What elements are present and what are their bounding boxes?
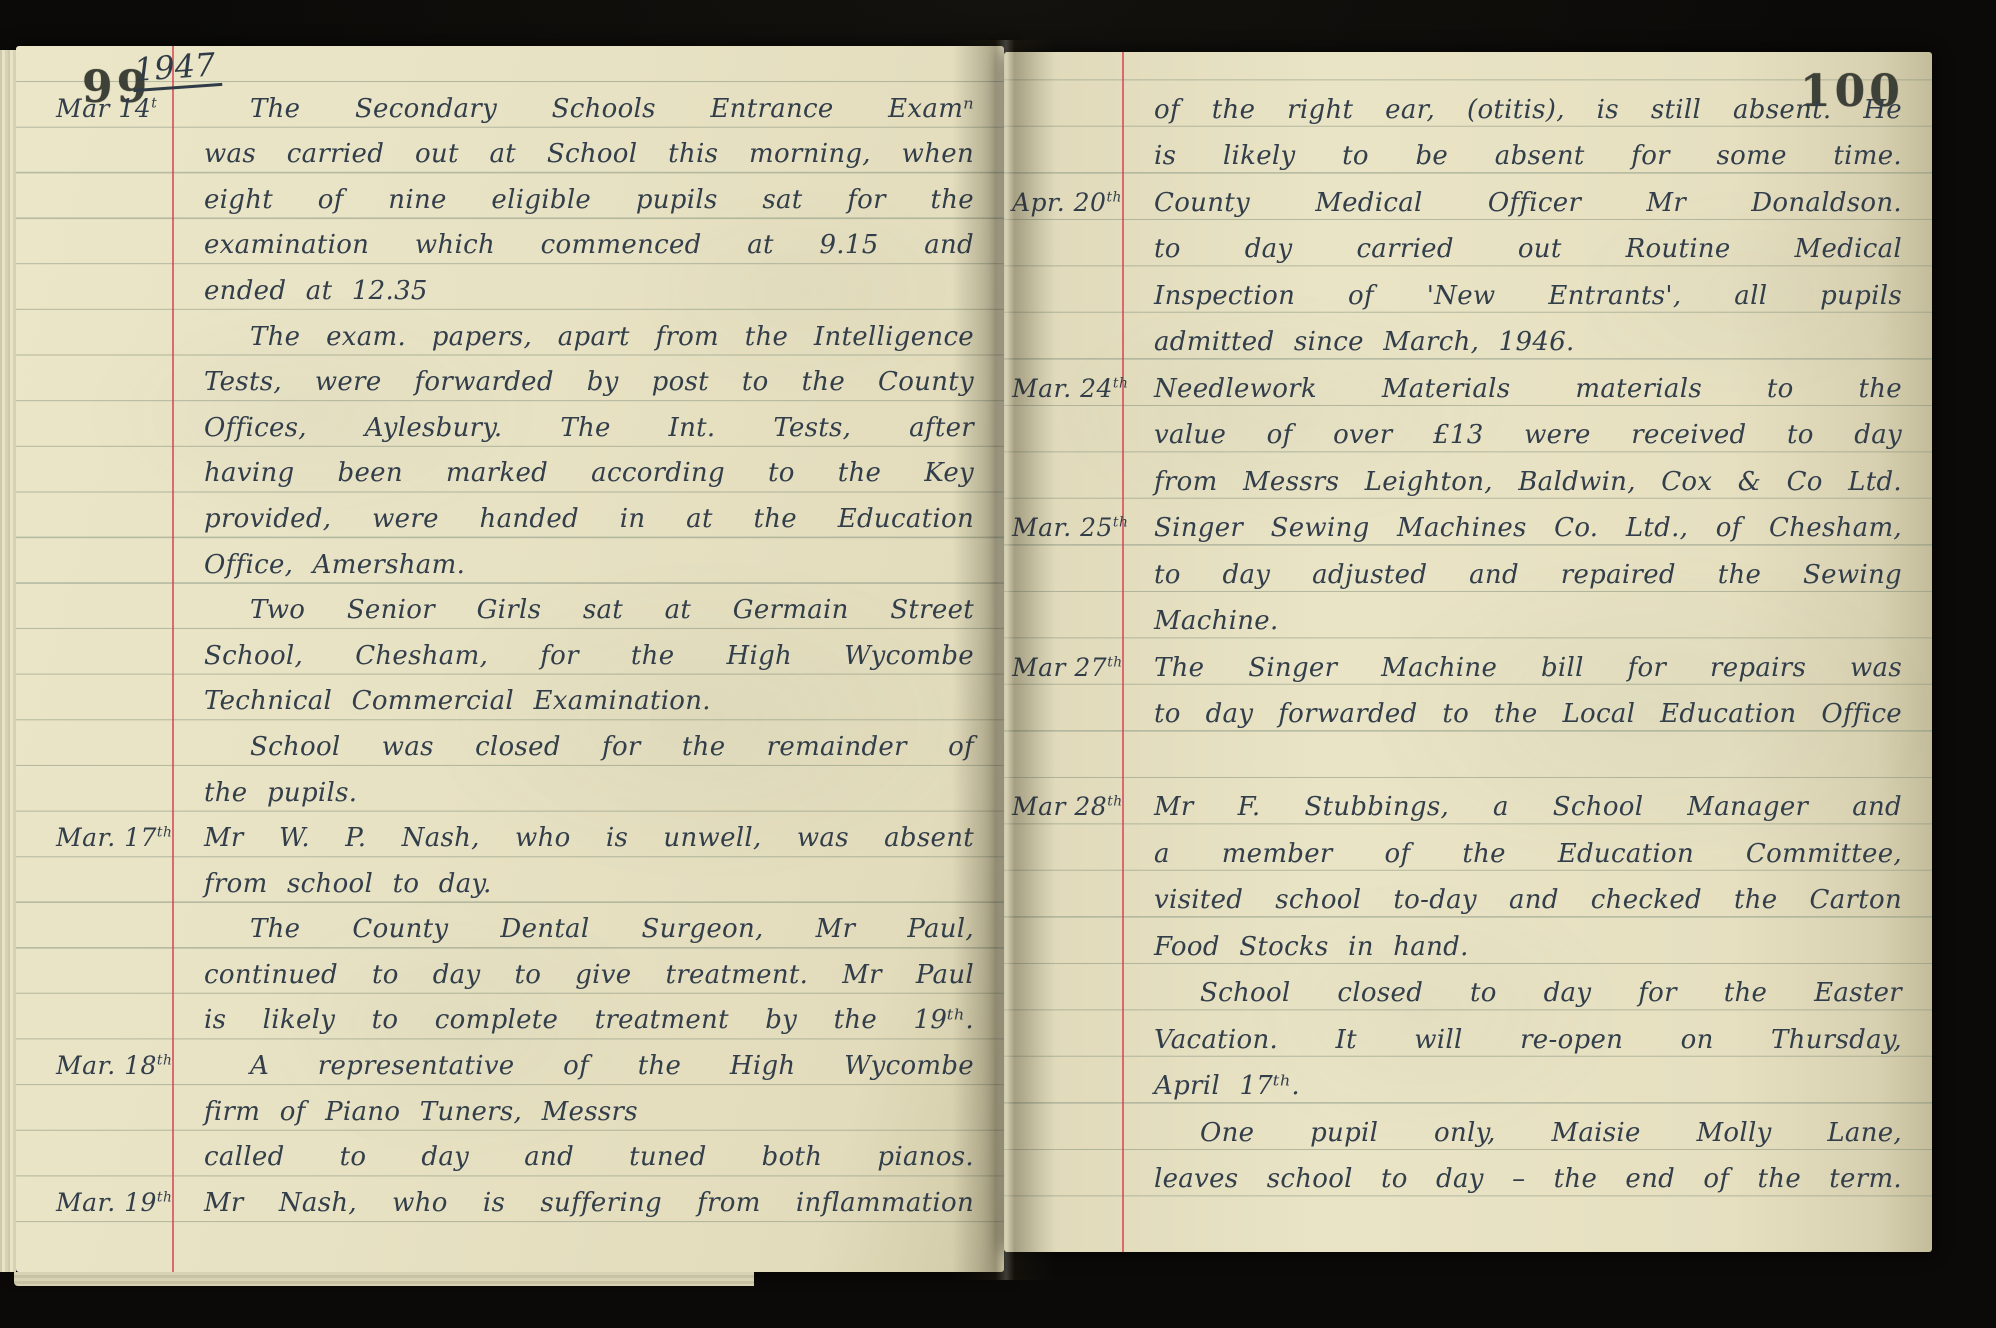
entry-text: Food Stocks in hand. [1154, 934, 1902, 966]
entry-date [1012, 773, 1122, 780]
log-line: School, Chesham, for the High Wycombe [56, 629, 974, 675]
entry-text: leaves school to day – the end of the te… [1154, 1166, 1902, 1198]
entry-text: Inspection of 'New Entrants', all pupils [1154, 283, 1902, 315]
log-line: examination which commenced at 9.15 and [56, 219, 974, 265]
log-line: firm of Piano Tuners, Messrs [56, 1085, 974, 1131]
entry-text: School, Chesham, for the High Wycombe [204, 643, 974, 675]
entry-date [1012, 168, 1122, 175]
entry-text: called to day and tuned both pianos. [204, 1144, 974, 1176]
log-entries-right: of the right ear, (otitis), is still abs… [1004, 82, 1932, 1198]
log-line: Technical Commercial Examination. [56, 675, 974, 721]
entry-text: The Secondary Schools Entrance Examⁿ [204, 96, 974, 128]
entry-text: Mr Nash, who is suffering from inflammat… [204, 1190, 974, 1222]
entry-date: Apr. 20th [1012, 190, 1122, 222]
entry-text: April 17ᵗʰ. [1154, 1073, 1902, 1105]
log-line: Mar. 19thMr Nash, who is suffering from … [56, 1176, 974, 1222]
log-line: the pupils. [56, 766, 974, 812]
entry-date [56, 577, 172, 584]
entry-date [1012, 261, 1122, 268]
log-line: a member of the Education Committee, [1012, 826, 1902, 873]
entry-date [56, 896, 172, 903]
entry-date: Mar. 25th [1012, 515, 1122, 547]
entry-date: Mar. 19th [56, 1190, 172, 1222]
logbook-page-right: 100 of the right ear, (otitis), is still… [1004, 52, 1932, 1252]
entry-date [56, 1124, 172, 1131]
entry-date: Mar. 17th [56, 825, 172, 857]
entry-date [56, 805, 172, 812]
entry-date [56, 713, 172, 720]
log-line: having been marked according to the Key [56, 447, 974, 493]
entry-text: School was closed for the remainder of [204, 734, 974, 766]
entry-date [1012, 122, 1122, 129]
log-line: called to day and tuned both pianos. [56, 1131, 974, 1177]
entry-text: ended at 12.35 [204, 278, 974, 310]
entry-date [1012, 494, 1122, 501]
entry-text: The County Dental Surgeon, Mr Paul, [204, 916, 974, 948]
entry-date [1012, 1145, 1122, 1152]
log-line: to day carried out Routine Medical [1012, 222, 1902, 269]
entry-date [1012, 959, 1122, 966]
log-line: Mar. 17thMr W. P. Nash, who is unwell, w… [56, 812, 974, 858]
log-line: Vacation. It will re-open on Thursday, [1012, 1012, 1902, 1059]
entry-text: having been marked according to the Key [204, 460, 974, 492]
entry-date [1012, 866, 1122, 873]
entry-text: County Medical Officer Mr Donaldson. [1154, 190, 1902, 222]
entry-text: The Singer Machine bill for repairs was [1154, 655, 1902, 687]
entry-text: The exam. papers, apart from the Intelli… [204, 324, 974, 356]
entry-date [56, 485, 172, 492]
entry-text: examination which commenced at 9.15 and [204, 232, 974, 264]
log-line: visited school to-day and checked the Ca… [1012, 873, 1902, 920]
entry-date: Mar 27th [1012, 655, 1122, 687]
entry-text: admitted since March, 1946. [1154, 329, 1902, 361]
log-line: The County Dental Surgeon, Mr Paul, [56, 903, 974, 949]
logbook-photo: 99 1947 Mar 14tThe Secondary Schools Ent… [0, 0, 1996, 1328]
entry-date [56, 303, 172, 310]
entry-text: Needlework Materials materials to the [1154, 376, 1902, 408]
entry-date [56, 394, 172, 401]
entry-date [56, 668, 172, 675]
entry-text: Two Senior Girls sat at Germain Street [204, 597, 974, 629]
entry-text: visited school to-day and checked the Ca… [1154, 887, 1902, 919]
entry-text: Offices, Aylesbury. The Int. Tests, afte… [204, 415, 974, 447]
log-line: of the right ear, (otitis), is still abs… [1012, 82, 1902, 129]
entry-date [1012, 1191, 1122, 1198]
log-line: Mar. 24thNeedlework Materials materials … [1012, 361, 1902, 408]
log-line: Machine. [1012, 594, 1902, 641]
entry-text: Tests, were forwarded by post to the Cou… [204, 369, 974, 401]
log-line: Two Senior Girls sat at Germain Street [56, 584, 974, 630]
log-line: Mar. 25thSinger Sewing Machines Co. Ltd.… [1012, 501, 1902, 548]
entry-text: Singer Sewing Machines Co. Ltd., of Ches… [1154, 515, 1902, 547]
entry-date: Mar. 24th [1012, 376, 1122, 408]
log-line: School was closed for the remainder of [56, 720, 974, 766]
entry-date [1012, 633, 1122, 640]
log-line: Mar 27thThe Singer Machine bill for repa… [1012, 640, 1902, 687]
log-line: School closed to day for the Easter [1012, 966, 1902, 1013]
log-line: from Messrs Leighton, Baldwin, Cox & Co … [1012, 454, 1902, 501]
entry-date [1012, 1052, 1122, 1059]
log-line: was carried out at School this morning, … [56, 128, 974, 174]
entry-date: Mar 28th [1012, 794, 1122, 826]
log-line: eight of nine eligible pupils sat for th… [56, 173, 974, 219]
entry-date [56, 166, 172, 173]
log-line: Mar 28thMr F. Stubbings, a School Manage… [1012, 780, 1902, 827]
entry-text: firm of Piano Tuners, Messrs [204, 1099, 974, 1131]
log-line: April 17ᵗʰ. [1012, 1059, 1902, 1106]
entry-text: Machine. [1154, 608, 1902, 640]
entry-date [56, 212, 172, 219]
log-line: Inspection of 'New Entrants', all pupils [1012, 268, 1902, 315]
entry-text: to day adjusted and repaired the Sewing [1154, 562, 1902, 594]
entry-text: One pupil only, Maisie Molly Lane, [1154, 1120, 1902, 1152]
entry-date [56, 1032, 172, 1039]
entry-text: is likely to complete treatment by the 1… [204, 1007, 974, 1039]
entry-text: Technical Commercial Examination. [204, 688, 974, 720]
entry-date [1012, 726, 1122, 733]
log-line: ended at 12.35 [56, 264, 974, 310]
log-line: Mar 14tThe Secondary Schools Entrance Ex… [56, 82, 974, 128]
entry-date [56, 941, 172, 948]
entry-text: of the right ear, (otitis), is still abs… [1154, 97, 1902, 129]
log-line: is likely to complete treatment by the 1… [56, 994, 974, 1040]
log-line: to day forwarded to the Local Education … [1012, 687, 1902, 734]
entry-text: School closed to day for the Easter [1154, 980, 1902, 1012]
log-line: admitted since March, 1946. [1012, 315, 1902, 362]
log-line: The exam. papers, apart from the Intelli… [56, 310, 974, 356]
entry-date [1012, 587, 1122, 594]
log-line: value of over £13 were received to day [1012, 408, 1902, 455]
log-line: continued to day to give treatment. Mr P… [56, 948, 974, 994]
log-line: Food Stocks in hand. [1012, 919, 1902, 966]
log-line: Mar. 18thA representative of the High Wy… [56, 1039, 974, 1085]
entry-date [1012, 308, 1122, 315]
log-line: Apr. 20thCounty Medical Officer Mr Donal… [1012, 175, 1902, 222]
entry-text: a member of the Education Committee, [1154, 841, 1902, 873]
entry-text: Office, Amersham. [204, 552, 974, 584]
entry-date: Mar 14t [56, 96, 172, 128]
log-line: is likely to be absent for some time. [1012, 129, 1902, 176]
entry-date [1012, 1098, 1122, 1105]
entry-text: from school to day. [204, 871, 974, 903]
entry-date [1012, 1005, 1122, 1012]
entry-date [56, 531, 172, 538]
logbook-page-left: 99 1947 Mar 14tThe Secondary Schools Ent… [16, 46, 1004, 1272]
entry-date [56, 440, 172, 447]
entry-text: eight of nine eligible pupils sat for th… [204, 187, 974, 219]
log-line: One pupil only, Maisie Molly Lane, [1012, 1105, 1902, 1152]
entry-date [56, 349, 172, 356]
entry-text: the pupils. [204, 780, 974, 812]
entry-date [1012, 912, 1122, 919]
entry-date: Mar. 18th [56, 1053, 172, 1085]
entry-text: value of over £13 were received to day [1154, 422, 1902, 454]
entry-text: to day carried out Routine Medical [1154, 236, 1902, 268]
log-entries-left: Mar 14tThe Secondary Schools Entrance Ex… [16, 82, 1004, 1222]
entry-date [56, 622, 172, 629]
entry-text: Vacation. It will re-open on Thursday, [1154, 1027, 1902, 1059]
entry-text: continued to day to give treatment. Mr P… [204, 962, 974, 994]
entry-text: is likely to be absent for some time. [1154, 143, 1902, 175]
log-line [1012, 733, 1902, 780]
page-stack-edge-left [0, 50, 16, 1272]
entry-text: from Messrs Leighton, Baldwin, Cox & Co … [1154, 469, 1902, 501]
entry-text: provided, were handed in at the Educatio… [204, 506, 974, 538]
log-line: leaves school to day – the end of the te… [1012, 1152, 1902, 1199]
entry-text: A representative of the High Wycombe [204, 1053, 974, 1085]
log-line: provided, were handed in at the Educatio… [56, 492, 974, 538]
log-line: Office, Amersham. [56, 538, 974, 584]
log-line: Offices, Aylesbury. The Int. Tests, afte… [56, 401, 974, 447]
log-line: from school to day. [56, 857, 974, 903]
entry-date [56, 987, 172, 994]
log-line: to day adjusted and repaired the Sewing [1012, 547, 1902, 594]
entry-date [56, 1169, 172, 1176]
entry-date [56, 759, 172, 766]
entry-date [1012, 447, 1122, 454]
page-stack-edge-bottom [14, 1272, 754, 1286]
log-line: Tests, were forwarded by post to the Cou… [56, 356, 974, 402]
entry-text: Mr F. Stubbings, a School Manager and [1154, 794, 1902, 826]
entry-date [1012, 354, 1122, 361]
entry-date [56, 257, 172, 264]
entry-text: to day forwarded to the Local Education … [1154, 701, 1902, 733]
entry-text: was carried out at School this morning, … [204, 141, 974, 173]
entry-text: Mr W. P. Nash, who is unwell, was absent [204, 825, 974, 857]
